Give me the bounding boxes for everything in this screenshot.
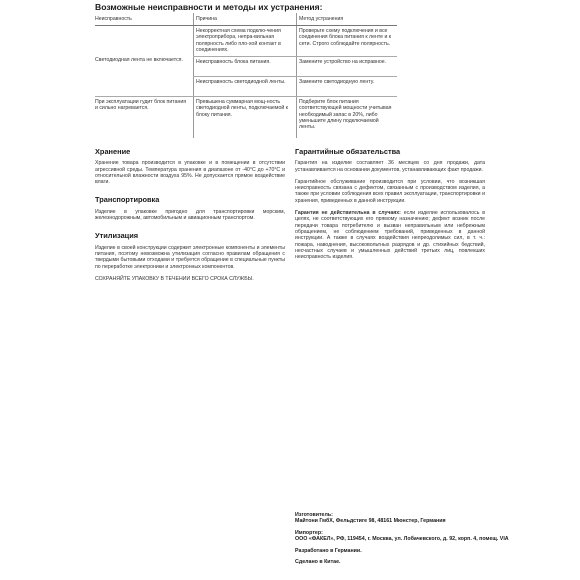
fix-cell: Замените светодиодную ленту. xyxy=(297,77,398,97)
fix-cell: Подберите блок питания соответствующей м… xyxy=(297,97,398,139)
warranty-exclusions-text: если изделие использовалось в целях, не … xyxy=(295,210,485,260)
fix-cell: Замените устройство на исправное. xyxy=(297,57,398,77)
cause-cell: Неисправность блока питания. xyxy=(194,57,297,77)
transport-title: Транспортировка xyxy=(95,197,285,203)
cause-cell: Некорректная схема подклю-чения электроп… xyxy=(194,26,297,57)
fix-cell: Проверьте схему подключения и все соедин… xyxy=(297,26,398,57)
fault-cell: При эксплуатации гудит блок питания и си… xyxy=(95,97,194,139)
disposal-text: Изделие в своей конструкции содержит эле… xyxy=(95,245,285,270)
table-header-row: Неисправность Причина Метод устранения xyxy=(95,13,397,26)
storage-section: Хранение Хранение товара производится в … xyxy=(95,149,285,185)
disposal-title: Утилизация xyxy=(95,233,285,239)
troubleshooting-table: Неисправность Причина Метод устранения С… xyxy=(95,13,397,138)
warranty-title: Гарантийные обязательства xyxy=(295,149,485,155)
importer-address: ООО «ФАКЕЛ», РФ, 119454, г. Москва, ул. … xyxy=(295,536,509,542)
warranty-p3: Гарантия не действительна в случаях: есл… xyxy=(295,210,485,260)
warranty-p1: Гарантия на изделие составляет 36 месяце… xyxy=(295,160,485,173)
left-column: Хранение Хранение товара производится в … xyxy=(95,149,285,294)
table-row: Светодиодная лента не включается. Некорр… xyxy=(95,26,397,57)
importer-label: Импортер: xyxy=(295,530,323,536)
troubleshooting-title: Возможные неисправности и методы их устр… xyxy=(95,2,323,12)
storage-text: Хранение товара производится в упаковке … xyxy=(95,160,285,185)
transport-section: Транспортировка Изделие в упаковке приго… xyxy=(95,197,285,221)
cause-cell: Превышена суммарная мощ-ность светодиодн… xyxy=(194,97,297,139)
warranty-exclusions-label: Гарантия не действительна в случаях: xyxy=(295,210,401,216)
warranty-p2: Гарантийное обслуживание производится пр… xyxy=(295,179,485,204)
fault-cell: Светодиодная лента не включается. xyxy=(95,26,194,97)
transport-text: Изделие в упаковке пригодно для транспор… xyxy=(95,209,285,222)
header-fix: Метод устранения xyxy=(297,13,398,26)
manufacturer-info: Изготовитель:Майтони ГмбХ, Фельдстиге 98… xyxy=(295,512,525,570)
right-column: Гарантийные обязательства Гарантия на из… xyxy=(295,149,485,266)
importer-block: Импортер:ООО «ФАКЕЛ», РФ, 119454, г. Мос… xyxy=(295,530,525,543)
cause-cell: Неисправность светодиодной ленты. xyxy=(194,77,297,97)
disposal-notice: СОХРАНЯЙТЕ УПАКОВКУ В ТЕЧЕНИИ ВСЕГО СРОК… xyxy=(95,276,285,282)
manufacturer-address: Майтони ГмбХ, Фельдстиге 98, 48161 Мюнст… xyxy=(295,518,446,524)
designed-in: Разработано в Германии. xyxy=(295,548,525,554)
manufacturer-block: Изготовитель:Майтони ГмбХ, Фельдстиге 98… xyxy=(295,512,525,525)
storage-title: Хранение xyxy=(95,149,285,155)
made-in: Сделано в Китае. xyxy=(295,559,525,565)
table-row: При эксплуатации гудит блок питания и си… xyxy=(95,97,397,139)
disposal-section: Утилизация Изделие в своей конструкции с… xyxy=(95,233,285,282)
header-fault: Неисправность xyxy=(95,13,194,26)
header-cause: Причина xyxy=(194,13,297,26)
